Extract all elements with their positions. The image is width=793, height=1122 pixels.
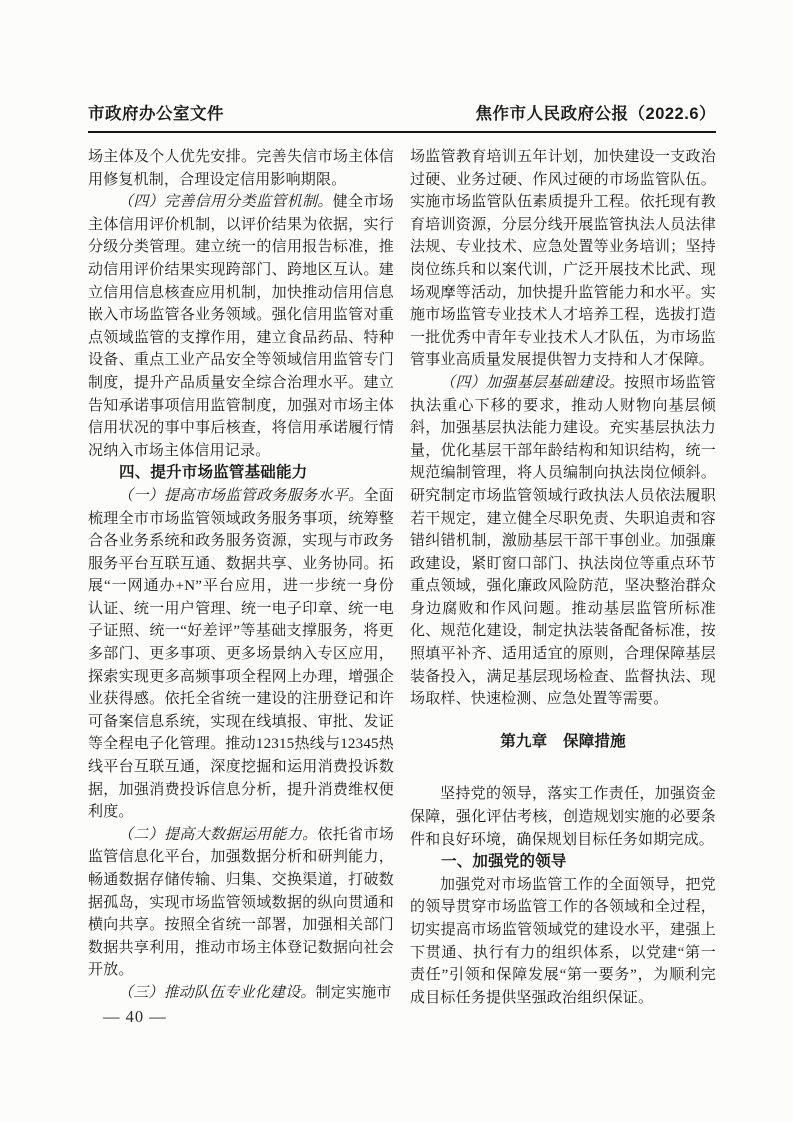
page-number: — 40 — — [103, 1007, 167, 1027]
paragraph-item-4-credit-supervision: （四）完善信用分类监管机制。健全市场主体信用评价机制，以评价结果为依据，实行分级… — [88, 191, 394, 462]
header-document-category: 市政府办公室文件 — [88, 100, 224, 124]
paragraph-item-3-team-building: （三）推动队伍专业化建设。制定实施市 — [88, 982, 394, 1005]
paragraph-item-1-gov-services: （一）提高市场监管政务服务水平。全面梳理全市市场监管领域政务服务事项，统筹整合各… — [88, 485, 394, 824]
right-column: 场监管教育培训五年计划，加快建设一支政治过硬、业务过硬、作风过硬的市场监管队伍。… — [410, 146, 716, 1009]
paragraph-body: 依托省市场监管信息化平台，加强数据分析和研判能力，畅通数据存储传输、归集、交换渠… — [88, 827, 394, 979]
content-columns: 场主体及个人优先安排。完善失信市场主体信用修复机制，合理设定信用影响期限。 （四… — [88, 146, 716, 1009]
paragraph-party-leadership-body: 加强党对市场监管工作的全面领导，把党的领导贯穿市场监管工作的各领域和全过程，切实… — [410, 874, 716, 1010]
paragraph-lead: （一）提高市场监管政务服务水平。 — [118, 488, 363, 504]
paragraph-item-4-grassroots: （四）加强基层基础建设。按照市场监管执法重心下移的要求，推动人财物向基层倾斜，加… — [410, 372, 716, 711]
left-column: 场主体及个人优先安排。完善失信市场主体信用修复机制，合理设定信用影响期限。 （四… — [88, 146, 394, 1009]
page-header: 市政府办公室文件 焦作市人民政府公报（2022.6） — [88, 100, 716, 133]
paragraph-lead: （四）加强基层基础建设。 — [440, 375, 624, 391]
paragraph-item-2-big-data: （二）提高大数据运用能力。依托省市场监管信息化平台，加强数据分析和研判能力，畅通… — [88, 824, 394, 982]
paragraph-lead: （四）完善信用分类监管机制。 — [118, 194, 333, 210]
section-heading-party-leadership: 一、加强党的领导 — [410, 851, 716, 874]
paragraph-lead: （二）提高大数据运用能力。 — [118, 827, 317, 843]
paragraph-body: 制定实施市 — [316, 985, 392, 1001]
paragraph-body: 按照市场监管执法重心下移的要求，推动人财物向基层倾斜，加强基层执法能力建设。充实… — [410, 375, 716, 707]
paragraph-body: 健全市场主体信用评价机制，以评价结果为依据，实行分级分类管理。建立统一的信用报告… — [88, 194, 394, 459]
gazette-page: 市政府办公室文件 焦作市人民政府公报（2022.6） 场主体及个人优先安排。完善… — [0, 0, 793, 1122]
header-gazette-title: 焦作市人民政府公报（2022.6） — [476, 100, 716, 124]
chapter-heading-9: 第九章 保障措施 — [410, 731, 716, 754]
section-heading-part4: 四、提升市场监管基础能力 — [88, 462, 394, 485]
paragraph-continuation: 场主体及个人优先安排。完善失信市场主体信用修复机制，合理设定信用影响期限。 — [88, 146, 394, 191]
paragraph-continuation: 场监管教育培训五年计划，加快建设一支政治过硬、业务过硬、作风过硬的市场监管队伍。… — [410, 146, 716, 372]
paragraph-body: 全面梳理全市市场监管领域政务服务事项，统筹整合各业务系统和政务服务资源，实现与市… — [88, 488, 394, 820]
paragraph-chapter9-intro: 坚持党的领导，落实工作责任，加强资金保障，强化评估考核，创造规划实施的必要条件和… — [410, 783, 716, 851]
paragraph-lead: （三）推动队伍专业化建设。 — [118, 985, 316, 1001]
